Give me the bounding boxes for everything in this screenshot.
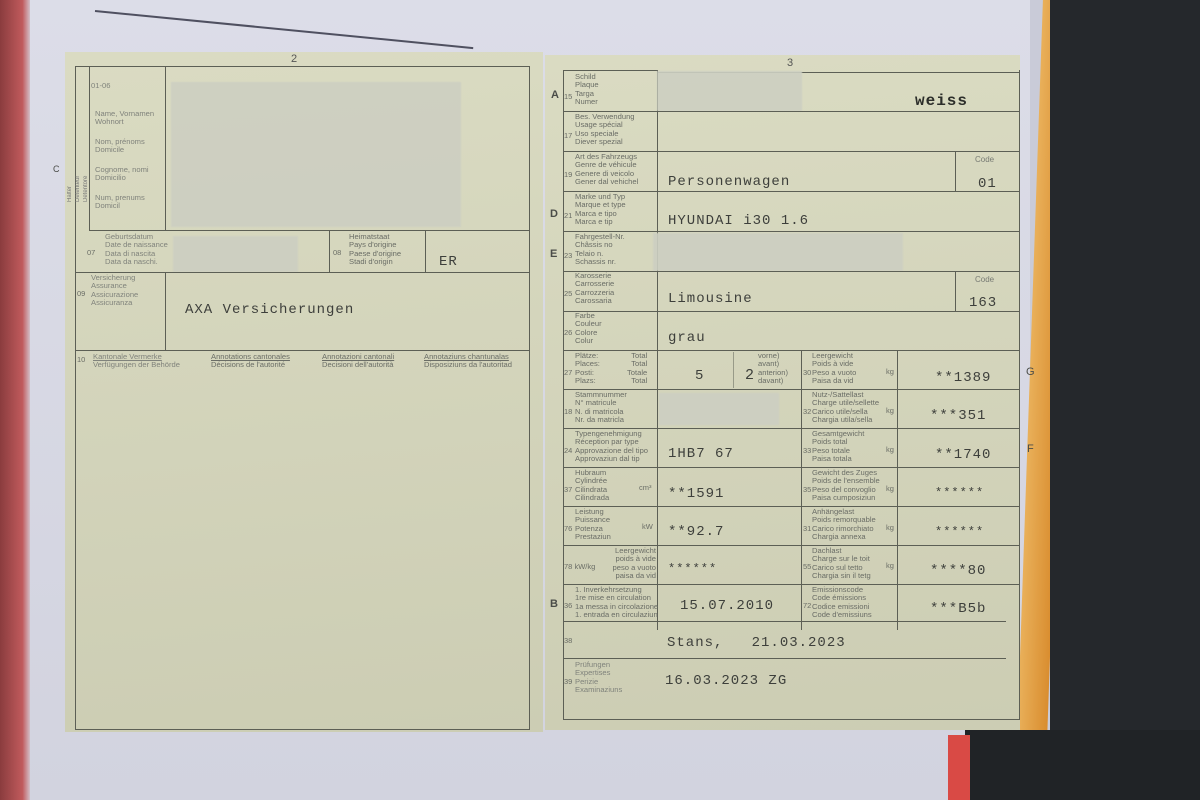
insurance-label: VersicherungAssuranceAssicurazioneAssicu… (91, 274, 138, 308)
seats-label: Plätze:Places:Posti:Plazs: (575, 352, 600, 386)
field-number: 15 (564, 92, 572, 101)
divider (329, 230, 330, 272)
origin-label: HeimatstaatPays d'originePaese d'origine… (349, 233, 401, 267)
section-letter: B (550, 598, 558, 610)
holder-label: Num, prenumsDomicil (95, 194, 145, 211)
power-weight-value: ****** (668, 562, 717, 576)
field-number: 38 (564, 636, 572, 645)
document-right-page: 3 A 15 SchildPlaqueTargaNumer weiss 17 B… (545, 55, 1020, 730)
field-number: 37 (564, 485, 572, 494)
vehicle-type-value: Personenwagen (668, 174, 790, 190)
unit-label: cm³ (639, 483, 652, 492)
make-model-value: HYUNDAI i30 1.6 (668, 213, 809, 229)
empty-weight-label: LeergewichtPoids à videPeso a vuotoPaisa… (812, 352, 856, 386)
train-weight-value: ****** (935, 486, 984, 500)
annotation-header: Annotaziuns chantunalasDisposiziuns da l… (424, 353, 512, 370)
chassis-value-redacted (653, 233, 903, 271)
divider (563, 506, 1020, 507)
divider (563, 271, 1020, 272)
field-number: 33 (803, 446, 811, 455)
origin-value: ER (439, 254, 458, 270)
unit-label: kg (886, 523, 894, 532)
payload-label: Nutz-/SattellastCharge utile/selletteCar… (812, 391, 879, 425)
displacement-value: **1591 (668, 486, 724, 502)
unit-label: kg (886, 367, 894, 376)
divider (955, 271, 956, 311)
divider (75, 350, 530, 351)
field-number: 08 (333, 248, 341, 257)
section-letter: G (1026, 366, 1035, 378)
field-number: 76 (564, 524, 572, 533)
field-number: 55 (803, 562, 811, 571)
divider (563, 467, 1020, 468)
roof-load-label: DachlastCharge sur le toitCarico sul tet… (812, 547, 871, 581)
seats-total-label: TotalTotalTotaleTotal (627, 352, 647, 386)
section-letter-c: C (53, 164, 60, 174)
field-number: 18 (564, 407, 572, 416)
holder-value-redacted (171, 82, 461, 227)
divider (165, 272, 166, 350)
divider (563, 389, 1020, 390)
annotation-header: Annotations cantonalesDécisions de l'aut… (211, 353, 290, 370)
document-left-page: 2 C Halter Détenteur Detentore 01-06 Nam… (65, 52, 543, 732)
page-number: 2 (291, 53, 297, 65)
field-number: 78 kW/kg (564, 562, 595, 571)
plate-label: SchildPlaqueTargaNumer (575, 73, 599, 107)
power-weight-label: Leergewichtpoids à videpeso a vuotopaisa… (608, 547, 656, 581)
seats-front-value: 2 (745, 367, 755, 384)
matriculation-label: StammnummerN° matriculeN. di matricolaNr… (575, 391, 627, 425)
color-value: grau (668, 330, 706, 346)
code-label: Code (975, 155, 994, 164)
holder-label: Nom, prénomsDomicile (95, 138, 145, 155)
field-number: 24 (564, 446, 572, 455)
body-label: KarosserieCarrosserieCarrozzeriaCarossar… (575, 272, 614, 306)
seats-front-label: vorne)avant)anterion)davant) (758, 352, 788, 386)
field-number: 10 (77, 355, 85, 364)
birthdate-label: GeburtsdatumDate de naissanceData di nas… (105, 233, 168, 267)
field-number: 21 (564, 211, 572, 220)
field-number: 23 (564, 251, 572, 260)
power-label: LeistungPuissancePotenzaPrestaziun (575, 508, 611, 542)
unit-label: kg (886, 406, 894, 415)
page-number: 3 (787, 57, 793, 69)
type-approval-value: 1HB7 67 (668, 446, 734, 462)
roof-load-value: ****80 (930, 563, 986, 579)
divider (955, 151, 956, 191)
section-letter: E (550, 248, 557, 260)
divider (563, 70, 658, 71)
annotation-header: Annotazioni cantonaliDecisioni dell'auto… (322, 353, 394, 370)
inspection-value: 16.03.2023 ZG (665, 673, 787, 689)
birthdate-value-redacted (173, 236, 298, 272)
unit-label: kg (886, 445, 894, 454)
annotation-header: Kantonale VermerkeVerfügungen der Behörd… (93, 353, 180, 370)
trailer-load-value: ****** (935, 525, 984, 539)
divider (563, 311, 1020, 312)
section-letter: D (550, 208, 558, 220)
type-approval-label: TypengenehmigungRéception par typeApprov… (575, 430, 648, 464)
background-red-edge-bottom (948, 735, 970, 800)
field-number: 19 (564, 170, 572, 179)
vehicle-type-label: Art des FahrzeugsGenre de véhiculeGenere… (575, 153, 638, 187)
holder-vertical-label: Halter (67, 132, 73, 202)
total-weight-label: GesamtgewichtPoids totalPeso totalePaisa… (812, 430, 864, 464)
insurance-value: AXA Versicherungen (185, 302, 354, 318)
power-value: **92.7 (668, 524, 724, 540)
holder-vertical-label: Detentore (83, 132, 89, 202)
background-red-binder (0, 0, 32, 800)
code-label: Code (975, 275, 994, 284)
section-letter: F (1027, 443, 1034, 455)
emission-code-value: ***B5b (930, 601, 986, 617)
holder-code: 01-06 (91, 82, 110, 90)
divider (733, 352, 734, 388)
divider (89, 230, 530, 231)
plate-color-value: weiss (915, 92, 968, 110)
issued-value: Stans, 21.03.2023 (667, 635, 846, 651)
first-registration-value: 15.07.2010 (680, 598, 774, 614)
divider (89, 66, 90, 231)
background-dark-surface-bottom (965, 730, 1200, 800)
total-weight-value: **1740 (935, 447, 991, 463)
train-weight-label: Gewicht des ZugesPoids de l'ensemblePeso… (812, 469, 880, 503)
field-number: 39 (564, 677, 572, 686)
empty-weight-value: **1389 (935, 370, 991, 386)
emission-code-label: EmissionscodeCode émissionsCodice emissi… (812, 586, 872, 620)
make-model-label: Marke und TypMarque et typeMarca e tipoM… (575, 193, 626, 227)
plate-value-redacted (657, 71, 802, 111)
field-number: 17 (564, 131, 572, 140)
inspection-label: PrüfungenExpertisesPerizieExaminaziuns (575, 661, 622, 695)
trailer-load-label: AnhängelastPoids remorquableCarico rimor… (812, 508, 876, 542)
first-registration-label: 1. Inverkehrsetzung1re mise en circulati… (575, 586, 658, 620)
field-number: 36 (564, 601, 572, 610)
divider (563, 191, 1020, 192)
color-label: FarbeCouleurColoreColur (575, 312, 602, 346)
field-number: 72 (803, 601, 811, 610)
field-number: 27 (564, 368, 572, 377)
displacement-label: HubraumCylindréeCilindrataCilindrada (575, 469, 609, 503)
holder-vertical-label: Détenteur (75, 132, 81, 202)
right-label-column-divider (801, 350, 802, 630)
field-number: 31 (803, 524, 811, 533)
holder-label: Cognome, nomiDomicilio (95, 166, 149, 183)
unit-label: kg (886, 484, 894, 493)
field-number: 07 (87, 248, 95, 257)
field-number: 35 (803, 485, 811, 494)
divider (563, 621, 1006, 622)
background-dark-surface (1050, 0, 1200, 800)
matriculation-value-redacted (659, 393, 779, 425)
unit-label: kW (642, 522, 653, 531)
field-number: 32 (803, 407, 811, 416)
field-number: 25 (564, 289, 572, 298)
field-number: 30 (803, 368, 811, 377)
chassis-label: Fahrgestell-Nr.Châssis noTelaio n.Schass… (575, 233, 625, 267)
divider (563, 231, 1020, 232)
divider (165, 66, 166, 231)
divider (425, 230, 426, 272)
special-use-label: Bes. VerwendungUsage spécialUso speciale… (575, 113, 635, 147)
payload-value: ***351 (930, 408, 986, 424)
seats-total-value: 5 (695, 368, 704, 384)
section-letter: A (551, 89, 559, 101)
unit-label: kg (886, 561, 894, 570)
body-value: Limousine (668, 291, 753, 307)
field-number: 26 (564, 328, 572, 337)
divider (563, 658, 1006, 659)
field-number: 09 (77, 289, 85, 298)
holder-label: Name, VornamenWohnort (95, 110, 154, 127)
vehicle-type-code: 01 (978, 176, 997, 192)
divider (75, 272, 530, 273)
divider (897, 350, 898, 630)
body-code: 163 (969, 295, 997, 311)
